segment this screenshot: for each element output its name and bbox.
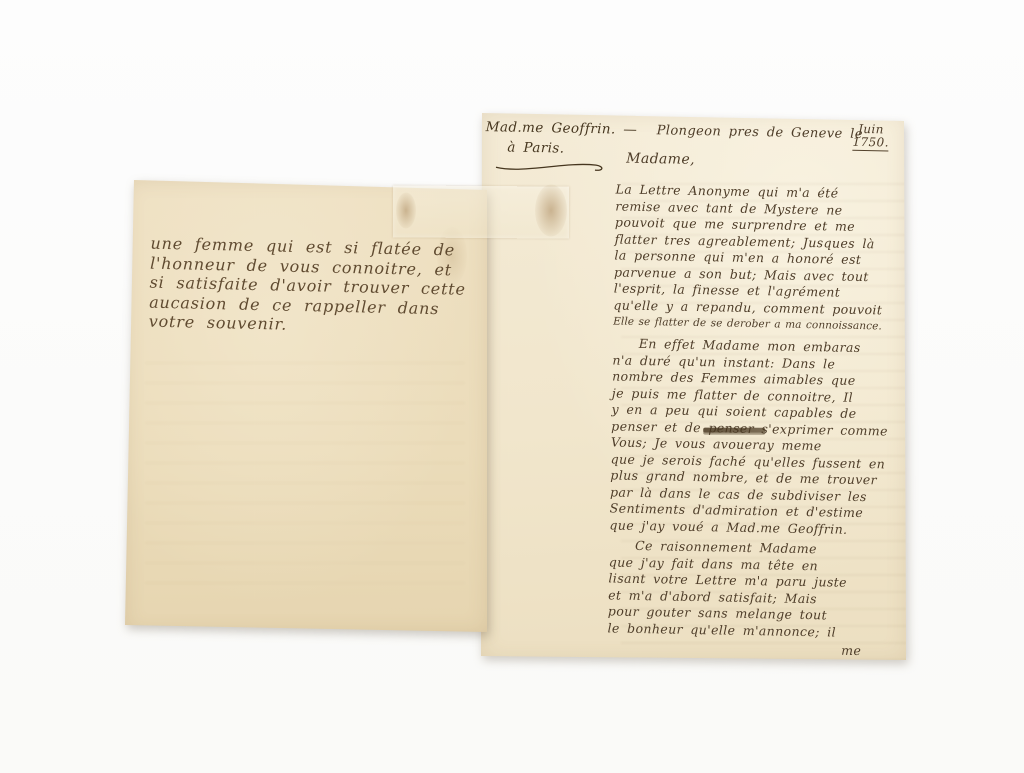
photograph-of-manuscript-letters: Mad.me Geoffrin. — à Paris. Plongeon pre…	[0, 0, 1024, 773]
addressee-city: à Paris.	[507, 137, 637, 159]
letter-paragraph-2: En effet Madame mon embarasn'a duré qu'u…	[609, 335, 905, 538]
left-letter-paper: une femme qui est si flatée del'honneur …	[125, 179, 488, 633]
date-year: 1750.	[852, 136, 889, 152]
left-letter-page: une femme qui est si flatée del'honneur …	[125, 179, 488, 633]
flourish-underline	[494, 158, 610, 176]
mounting-tape	[393, 185, 569, 238]
place-dateline: Plongeon pres de Geneve le	[657, 123, 863, 142]
letter-paragraph-1: La Lettre Anonyme qui m'a étéremise avec…	[613, 181, 908, 335]
catchword: me	[841, 643, 861, 658]
addressee-annotation: Mad.me Geoffrin. — à Paris.	[485, 117, 637, 160]
addressee-name: Mad.me Geoffrin. —	[486, 117, 638, 140]
left-page-text: une femme qui est si flatée del'honneur …	[149, 234, 467, 339]
tape-adhesive-stain-left	[396, 192, 416, 228]
strikethrough-mark	[703, 428, 765, 433]
date-block: Juin 1750.	[852, 123, 889, 152]
tape-adhesive-stain-right	[535, 184, 567, 236]
salutation: Madame,	[626, 151, 695, 168]
letter-paragraph-3: Ce raisonnement Madameque j'ay fait dans…	[607, 537, 901, 641]
